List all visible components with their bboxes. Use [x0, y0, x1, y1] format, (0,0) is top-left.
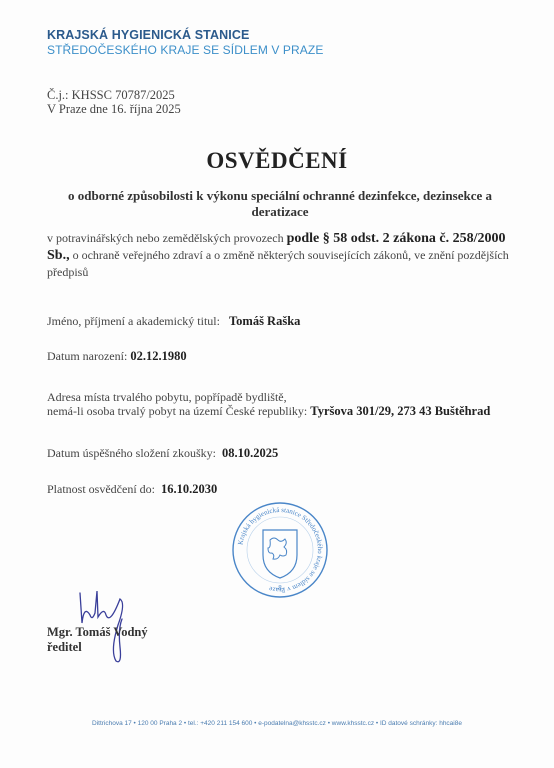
address-value: Tyršova 301/29, 273 43 Buštěhrad — [310, 404, 490, 418]
document-title: OSVĚDČENÍ — [0, 148, 554, 174]
document-subtitle: o odborné způsobilosti k výkonu speciáln… — [40, 188, 520, 220]
validity-field: Platnost osvědčení do: 16.10.2030 — [47, 482, 217, 497]
name-field: Jméno, příjmení a akademický titul: Tomá… — [47, 314, 300, 329]
place-date: V Praze dne 16. října 2025 — [47, 102, 181, 117]
exam-label: Datum úspěšného složení zkoušky: — [47, 446, 216, 460]
address-label-line1: Adresa místa trvalého pobytu, popřípadě … — [47, 390, 287, 405]
legal-basis-paragraph: v potravinářských nebo zemědělských prov… — [47, 230, 517, 280]
address-label: nemá-li osoba trvalý pobyt na území Česk… — [47, 404, 307, 418]
signatory-role: ředitel — [47, 640, 148, 655]
official-stamp: Krajská hygienická stanice Středočeského… — [230, 500, 330, 600]
exam-value: 08.10.2025 — [222, 446, 278, 460]
validity-value: 16.10.2030 — [161, 482, 217, 496]
org-name-line2: STŘEDOČESKÉHO KRAJE SE SÍDLEM V PRAZE — [47, 43, 323, 57]
address-field: nemá-li osoba trvalý pobyt na území Česk… — [47, 404, 490, 419]
footer-contact: Dittrichova 17 • 120 00 Praha 2 • tel.: … — [0, 720, 554, 727]
name-label: Jméno, příjmení a akademický titul: — [47, 314, 220, 328]
signatory: Mgr. Tomáš Vodný ředitel — [47, 625, 148, 655]
name-value: Tomáš Raška — [229, 314, 300, 328]
svg-text:-8-: -8- — [276, 584, 285, 592]
case-number: Č.j.: KHSSC 70787/2025 — [47, 88, 175, 103]
birth-field: Datum narození: 02.12.1980 — [47, 349, 187, 364]
svg-text:Krajská hygienická stanice Stř: Krajská hygienická stanice Středočeského… — [236, 506, 324, 594]
org-name-line1: KRAJSKÁ HYGIENICKÁ STANICE — [47, 28, 249, 42]
birth-value: 02.12.1980 — [130, 349, 186, 363]
coat-of-arms-icon: Krajská hygienická stanice Středočeského… — [230, 500, 330, 600]
birth-label: Datum narození: — [47, 349, 127, 363]
signatory-name: Mgr. Tomáš Vodný — [47, 625, 148, 640]
exam-field: Datum úspěšného složení zkoušky: 08.10.2… — [47, 446, 278, 461]
validity-label: Platnost osvědčení do: — [47, 482, 155, 496]
